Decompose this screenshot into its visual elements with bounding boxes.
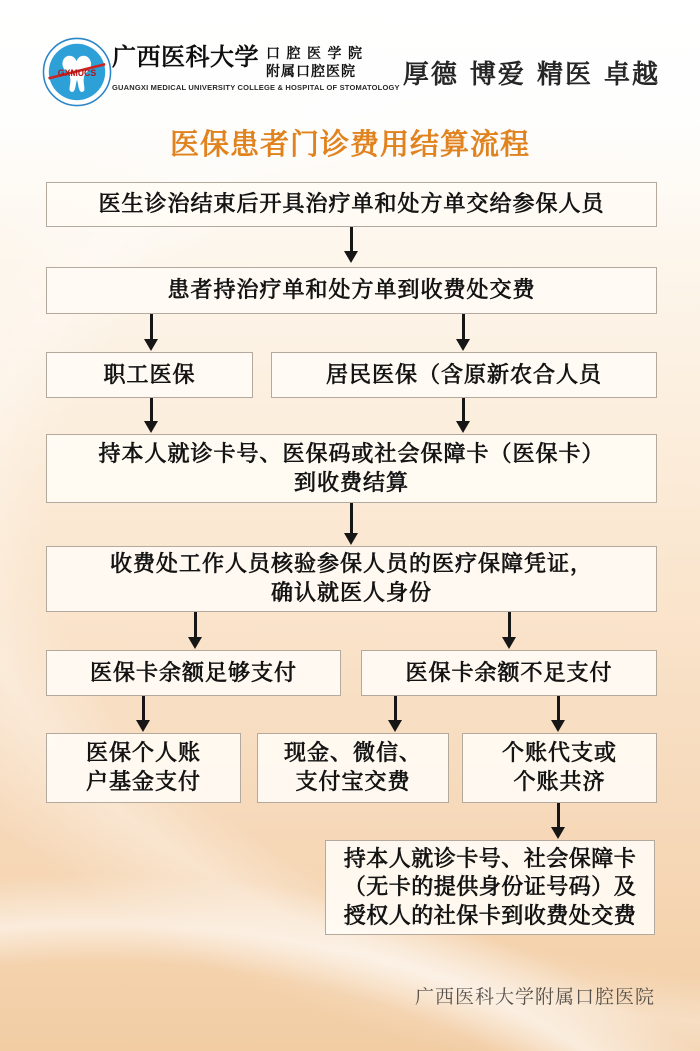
flow-arrow-down (344, 227, 358, 263)
flow-arrow-down (502, 612, 516, 649)
flow-box-text-line2: 确认就医人身份 (271, 579, 432, 608)
flow-arrow-down (388, 696, 402, 732)
flow-arrow-down (456, 398, 470, 433)
university-name: 广西医科大学 (112, 44, 259, 73)
flow-box-present-card: 持本人就诊卡号、医保码或社会保障卡（医保卡） 到收费结算 (46, 434, 657, 503)
tooth-logo-icon: GXMUCS (42, 37, 112, 107)
flow-arrow-down (188, 612, 202, 649)
hospital-brand-block: 广西医科大学 口腔医学院 附属口腔医院 GUANGXI MEDICAL UNIV… (112, 44, 400, 92)
flow-box-balance-insufficient: 医保卡余额不足支付 (361, 650, 657, 696)
page-title: 医保患者门诊费用结算流程 (0, 122, 700, 163)
flow-box-text: 医生诊治结束后开具治疗单和处方单交给参保人员 (98, 190, 604, 219)
flow-box-text-line1: 医保个人账 (86, 739, 201, 768)
flow-box-text-line2: 支付宝交费 (295, 768, 410, 797)
flow-box-account-proxy: 个账代支或 个账共济 (462, 733, 657, 803)
flow-box-authorized-card: 持本人就诊卡号、社会保障卡 （无卡的提供身份证号码）及 授权人的社保卡到收费处交… (325, 840, 655, 935)
flow-box-balance-enough: 医保卡余额足够支付 (46, 650, 341, 696)
flow-box-text: 医保卡余额足够支付 (90, 659, 297, 688)
flow-box-personal-account-pay: 医保个人账 户基金支付 (46, 733, 241, 803)
flow-box-text-line1: 持本人就诊卡号、医保码或社会保障卡（医保卡） (98, 440, 604, 469)
flow-box-text: 居民医保（含原新农合人员 (326, 361, 602, 390)
affiliation-line2: 附属口腔医院 (266, 63, 369, 81)
flow-box-text-line2: 到收费结算 (294, 469, 409, 498)
flow-box-doctor-issue: 医生诊治结束后开具治疗单和处方单交给参保人员 (46, 182, 657, 227)
flow-arrow-down (551, 803, 565, 839)
flow-arrow-down (456, 314, 470, 351)
affiliation-names: 口腔医学院 附属口腔医院 (266, 44, 369, 80)
flow-box-pay-at-cashier: 患者持治疗单和处方单到收费处交费 (46, 267, 657, 314)
flow-arrow-down (344, 503, 358, 545)
flow-box-text-line1: 收费处工作人员核验参保人员的医疗保障凭证， (110, 550, 593, 579)
flow-box-employee-insurance: 职工医保 (46, 352, 253, 398)
svg-text:GXMUCS: GXMUCS (58, 68, 97, 78)
poster-background: GXMUCS 广西医科大学 口腔医学院 附属口腔医院 GUANGXI MEDIC… (0, 0, 700, 1051)
hospital-logo: GXMUCS (42, 37, 112, 107)
flow-box-text-line2: 个账共济 (513, 768, 605, 797)
affiliation-line1: 口腔医学院 (266, 45, 369, 63)
flow-arrow-down (144, 314, 158, 351)
flow-box-text: 职工医保 (103, 361, 195, 390)
flow-arrow-down (551, 696, 565, 732)
flow-box-text-line3: 授权人的社保卡到收费处交费 (344, 902, 637, 931)
flow-box-verify-identity: 收费处工作人员核验参保人员的医疗保障凭证， 确认就医人身份 (46, 546, 657, 612)
flow-box-text-line2: 户基金支付 (86, 768, 201, 797)
hospital-motto: 厚德 博爱 精医 卓越 (403, 54, 660, 91)
flow-box-text-line1: 个账代支或 (502, 739, 617, 768)
flow-box-cash-wechat-alipay: 现金、微信、 支付宝交费 (257, 733, 449, 803)
flow-arrow-down (136, 696, 150, 732)
flow-arrow-down (144, 398, 158, 433)
flow-box-resident-insurance: 居民医保（含原新农合人员 (271, 352, 657, 398)
flow-box-text: 医保卡余额不足支付 (405, 659, 612, 688)
flow-box-text-line1: 持本人就诊卡号、社会保障卡 (344, 845, 637, 874)
flow-box-text-line2: （无卡的提供身份证号码）及 (344, 873, 637, 902)
footer-hospital-name: 广西医科大学附属口腔医院 (415, 982, 655, 1009)
flow-box-text-line1: 现金、微信、 (284, 739, 422, 768)
english-name: GUANGXI MEDICAL UNIVERSITY COLLEGE & HOS… (112, 83, 400, 92)
flow-box-text: 患者持治疗单和处方单到收费处交费 (167, 276, 535, 305)
